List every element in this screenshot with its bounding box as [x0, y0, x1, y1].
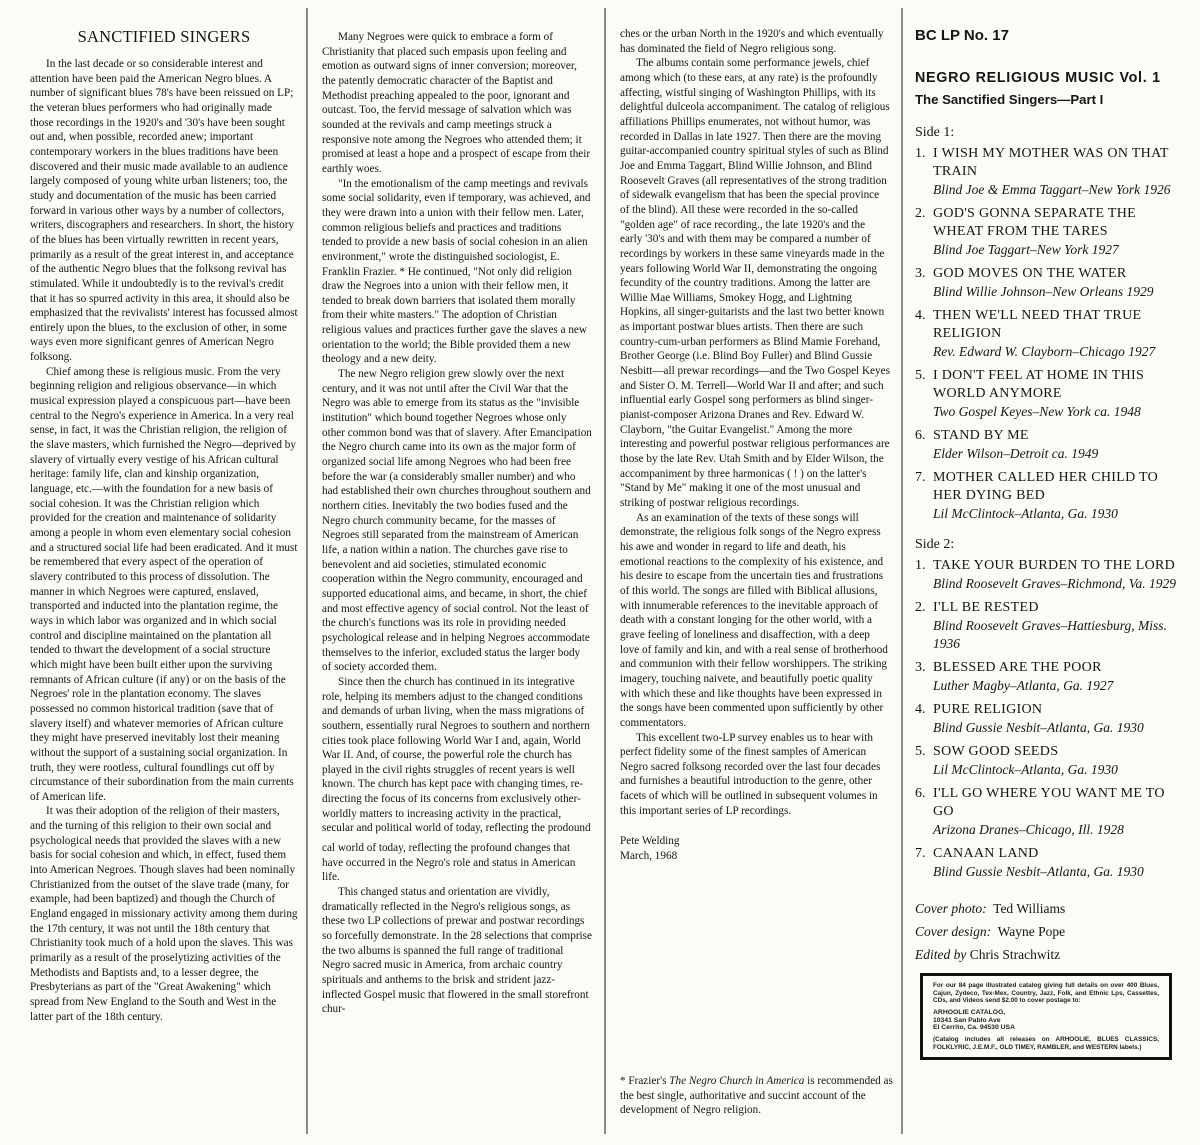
address-line: 10341 San Pablo Ave [933, 1017, 1001, 1024]
track-performer-credit: Blind Joe Taggart–New York 1927 [933, 241, 1185, 259]
track-number: 5. [915, 367, 933, 421]
track-performer-credit: Two Gospel Keyes–New York ca. 1948 [933, 403, 1185, 421]
track-title: I DON'T FEEL AT HOME IN THIS WORLD ANYMO… [933, 367, 1185, 403]
track-number: 7. [915, 469, 933, 523]
track-number: 2. [915, 205, 933, 259]
paragraph: Many Negroes were quick to embrace a for… [322, 30, 592, 177]
track-performer-credit: Blind Joe & Emma Taggart–New York 1926 [933, 181, 1185, 199]
track-performer-credit: Lil McClintock–Atlanta, Ga. 1930 [933, 505, 1185, 523]
track-body: BLESSED ARE THE POOR Luther Magby–Atlant… [933, 659, 1185, 695]
track-number: 5. [915, 743, 933, 779]
paragraph: "In the emotionalism of the camp meeting… [322, 177, 592, 368]
track-item: 7. MOTHER CALLED HER CHILD TO HER DYING … [915, 469, 1185, 523]
side-1-label: Side 1: [915, 125, 1185, 141]
credit-label: Edited by [915, 947, 966, 962]
catalog-address: ARHOOLIE CATALOG, 10341 San Pablo Ave El… [933, 1009, 1159, 1032]
credit-value: Ted Williams [993, 901, 1065, 916]
track-performer-credit: Elder Wilson–Detroit ca. 1949 [933, 445, 1185, 463]
credit-label: Cover photo: [915, 901, 987, 916]
track-title: CANAAN LAND [933, 845, 1185, 863]
track-title: GOD'S GONNA SEPARATE THE WHEAT FROM THE … [933, 205, 1185, 241]
track-body: MOTHER CALLED HER CHILD TO HER DYING BED… [933, 469, 1185, 523]
track-item: 2. I'LL BE RESTED Blind Roosevelt Graves… [915, 599, 1185, 653]
track-performer-credit: Rev. Edward W. Clayborn–Chicago 1927 [933, 343, 1185, 361]
paragraph: This excellent two-LP survey enables us … [620, 731, 890, 819]
track-item: 4. THEN WE'LL NEED THAT TRUE RELIGION Re… [915, 307, 1185, 361]
track-title: TAKE YOUR BURDEN TO THE LORD [933, 557, 1185, 575]
track-body: STAND BY ME Elder Wilson–Detroit ca. 194… [933, 427, 1185, 463]
track-item: 4. PURE RELIGION Blind Gussie Nesbit–Atl… [915, 701, 1185, 737]
footnote-prefix: * Frazier's [620, 1075, 669, 1087]
track-performer-credit: Arizona Dranes–Chicago, Ill. 1928 [933, 821, 1185, 839]
paragraph: cal world of today, reflecting the profo… [322, 841, 592, 885]
track-body: SOW GOOD SEEDS Lil McClintock–Atlanta, G… [933, 743, 1185, 779]
credit-label: Cover design: [915, 924, 991, 939]
track-item: 1. TAKE YOUR BURDEN TO THE LORD Blind Ro… [915, 557, 1185, 593]
track-title: I WISH MY MOTHER WAS ON THAT TRAIN [933, 145, 1185, 181]
track-number: 1. [915, 145, 933, 199]
track-item: 6. STAND BY ME Elder Wilson–Detroit ca. … [915, 427, 1185, 463]
catalog-number: BC LP No. 17 [915, 27, 1185, 44]
track-number: 3. [915, 659, 933, 695]
track-body: TAKE YOUR BURDEN TO THE LORD Blind Roose… [933, 557, 1185, 593]
track-performer-credit: Luther Magby–Atlanta, Ga. 1927 [933, 677, 1185, 695]
credit-value: Chris Strachwitz [970, 947, 1060, 962]
editor-credit: Edited by Chris Strachwitz [915, 943, 1185, 966]
catalog-offer-box: For our 84 page illustrated catalog givi… [920, 973, 1172, 1060]
track-item: 6. I'LL GO WHERE YOU WANT ME TO GO Arizo… [915, 785, 1185, 839]
address-line: ARHOOLIE CATALOG, [933, 1009, 1005, 1016]
track-body: PURE RELIGION Blind Gussie Nesbit–Atlant… [933, 701, 1185, 737]
track-performer-credit: Blind Willie Johnson–New Orleans 1929 [933, 283, 1185, 301]
track-title: THEN WE'LL NEED THAT TRUE RELIGION [933, 307, 1185, 343]
track-number: 4. [915, 307, 933, 361]
column-divider [901, 8, 903, 1134]
track-item: 5. SOW GOOD SEEDS Lil McClintock–Atlanta… [915, 743, 1185, 779]
track-body: CANAAN LAND Blind Gussie Nesbit–Atlanta,… [933, 845, 1185, 881]
credit-value: Wayne Pope [998, 924, 1066, 939]
paragraph: The albums contain some performance jewe… [620, 56, 890, 510]
paragraph: It was their adoption of the religion of… [30, 804, 298, 1024]
side-1-tracklist: 1. I WISH MY MOTHER WAS ON THAT TRAIN Bl… [915, 145, 1185, 523]
track-body: THEN WE'LL NEED THAT TRUE RELIGION Rev. … [933, 307, 1185, 361]
footnote: * Frazier's The Negro Church in America … [620, 1074, 895, 1118]
liner-notes-column-3: ches or the urban North in the 1920's an… [620, 0, 890, 1145]
album-subtitle: The Sanctified Singers—Part I [915, 92, 1185, 107]
track-item: 1. I WISH MY MOTHER WAS ON THAT TRAIN Bl… [915, 145, 1185, 199]
track-number: 2. [915, 599, 933, 653]
side-2-label: Side 2: [915, 537, 1185, 553]
catalog-offer-text: For our 84 page illustrated catalog givi… [933, 982, 1159, 1005]
track-title: GOD MOVES ON THE WATER [933, 265, 1185, 283]
album-title: NEGRO RELIGIOUS MUSIC Vol. 1 [915, 70, 1185, 86]
column-divider [604, 8, 606, 1134]
liner-notes-column-1: SANCTIFIED SINGERS In the last decade or… [30, 0, 298, 1145]
track-performer-credit: Blind Roosevelt Graves–Hattiesburg, Miss… [933, 617, 1185, 653]
side-2-tracklist: 1. TAKE YOUR BURDEN TO THE LORD Blind Ro… [915, 557, 1185, 881]
track-title: SOW GOOD SEEDS [933, 743, 1185, 761]
track-body: I WISH MY MOTHER WAS ON THAT TRAIN Blind… [933, 145, 1185, 199]
section-title: SANCTIFIED SINGERS [30, 27, 298, 47]
track-item: 7. CANAAN LAND Blind Gussie Nesbit–Atlan… [915, 845, 1185, 881]
track-title: BLESSED ARE THE POOR [933, 659, 1185, 677]
paragraph: This changed status and orientation are … [322, 885, 592, 1017]
paragraph: In the last decade or so considerable in… [30, 57, 298, 365]
paragraph: Chief among these is religious music. Fr… [30, 365, 298, 805]
cover-photo-credit: Cover photo: Ted Williams [915, 897, 1185, 920]
author-name: Pete Welding [620, 834, 890, 849]
track-number: 1. [915, 557, 933, 593]
track-number: 3. [915, 265, 933, 301]
track-title: MOTHER CALLED HER CHILD TO HER DYING BED [933, 469, 1185, 505]
track-title: STAND BY ME [933, 427, 1185, 445]
track-performer-credit: Blind Gussie Nesbit–Atlanta, Ga. 1930 [933, 719, 1185, 737]
track-number: 6. [915, 785, 933, 839]
column-divider [306, 8, 308, 1134]
track-performer-credit: Blind Gussie Nesbit–Atlanta, Ga. 1930 [933, 863, 1185, 881]
paragraph: Since then the church has continued in i… [322, 675, 592, 836]
track-listing-column: BC LP No. 17 NEGRO RELIGIOUS MUSIC Vol. … [915, 0, 1185, 1145]
track-number: 7. [915, 845, 933, 881]
track-body: GOD MOVES ON THE WATER Blind Willie John… [933, 265, 1185, 301]
track-title: I'LL GO WHERE YOU WANT ME TO GO [933, 785, 1185, 821]
track-number: 6. [915, 427, 933, 463]
production-credits: Cover photo: Ted Williams Cover design: … [915, 897, 1185, 966]
track-item: 3. BLESSED ARE THE POOR Luther Magby–Atl… [915, 659, 1185, 695]
track-title: I'LL BE RESTED [933, 599, 1185, 617]
footnote-book-title: The Negro Church in America [669, 1075, 804, 1087]
track-number: 4. [915, 701, 933, 737]
track-performer-credit: Lil McClintock–Atlanta, Ga. 1930 [933, 761, 1185, 779]
paragraph: ches or the urban North in the 1920's an… [620, 27, 890, 56]
track-body: GOD'S GONNA SEPARATE THE WHEAT FROM THE … [933, 205, 1185, 259]
track-item: 2. GOD'S GONNA SEPARATE THE WHEAT FROM T… [915, 205, 1185, 259]
catalog-labels-note: (Catalog includes all releases on ARHOOL… [933, 1036, 1159, 1051]
paragraph: The new Negro religion grew slowly over … [322, 367, 592, 675]
track-title: PURE RELIGION [933, 701, 1185, 719]
author-signature: Pete Welding March, 1968 [620, 834, 890, 863]
cover-design-credit: Cover design: Wayne Pope [915, 920, 1185, 943]
paragraph: As an examination of the texts of these … [620, 511, 890, 731]
liner-notes-column-2: Many Negroes were quick to embrace a for… [322, 0, 592, 1145]
track-body: I DON'T FEEL AT HOME IN THIS WORLD ANYMO… [933, 367, 1185, 421]
track-body: I'LL GO WHERE YOU WANT ME TO GO Arizona … [933, 785, 1185, 839]
author-date: March, 1968 [620, 849, 890, 864]
track-body: I'LL BE RESTED Blind Roosevelt Graves–Ha… [933, 599, 1185, 653]
track-item: 3. GOD MOVES ON THE WATER Blind Willie J… [915, 265, 1185, 301]
track-performer-credit: Blind Roosevelt Graves–Richmond, Va. 192… [933, 575, 1185, 593]
address-line: El Cerrito, Ca. 94530 USA [933, 1024, 1015, 1031]
track-item: 5. I DON'T FEEL AT HOME IN THIS WORLD AN… [915, 367, 1185, 421]
